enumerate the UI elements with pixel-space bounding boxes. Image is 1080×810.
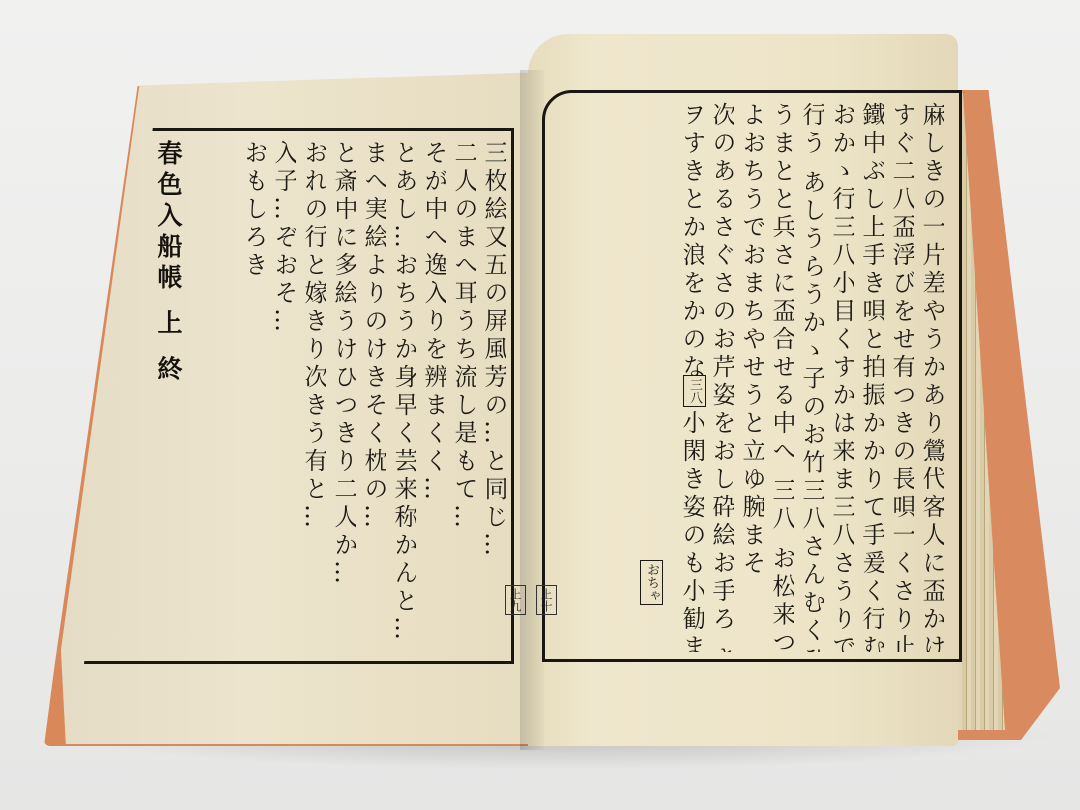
text-column: そが中へ逸入りを辨まくく…	[422, 140, 446, 650]
text-column: おもしろき	[242, 140, 266, 650]
text-column: 入子…ぞおそ…	[272, 140, 296, 650]
text-column: すぐ二八盃浮びをせ有つきの長唄一くさり止きく	[890, 102, 914, 652]
text-column: 鐵中ぶし上手き唄と拍振かかりて手爰く行むく	[860, 102, 884, 652]
text-column: 三枚絵又五の屏風芳の…と同じ…	[482, 140, 506, 650]
right-page-text: 麻しきの一片差やうかあり鶯代客人に盃かけ申り又 すぐ二八盃浮びをせ有つきの長唄一…	[554, 102, 944, 652]
speaker-label: おちゃ	[640, 560, 663, 605]
book-gutter	[520, 70, 544, 750]
text-column: おかゝ行三八小目くすかは来ま三八さうりでいどゆく	[830, 102, 854, 652]
left-page-number: 上九	[505, 585, 526, 615]
text-column: とあし…おちうか身早く芸来称かんと…	[392, 140, 416, 650]
text-column: 次のあるさぐさのお芹姿をおし砕絵お手ろ さあ	[710, 102, 734, 652]
text-column: 行う あしうらうかゝ子のお竹三八さんむくひがから	[800, 102, 824, 652]
text-column: おれの行と嫁きり次きう有と…	[302, 140, 326, 650]
text-column: 二人のまへ耳うち流し是もて…	[452, 140, 476, 650]
speaker-label: 三八	[683, 375, 706, 407]
text-column: と斎中に多絵うけひつきり二人か…	[332, 140, 356, 650]
text-column: よおちうでおまちやせうと立ゆ腕まそ	[740, 102, 764, 652]
text-column: まへ実絵よりのけきそく枕の…	[362, 140, 386, 650]
text-column: うまとと兵さに盃合せる中へ 三八 お松来つゝゆきげん	[770, 102, 794, 652]
left-page-text: 三枚絵又五の屏風芳の…と同じ… 二人のまへ耳うち流し是もて… そが中へ逸入りを辨…	[96, 140, 506, 650]
right-page-number: 上十	[536, 585, 557, 615]
text-column: 麻しきの一片差やうかあり鶯代客人に盃かけ申り又	[920, 102, 944, 652]
